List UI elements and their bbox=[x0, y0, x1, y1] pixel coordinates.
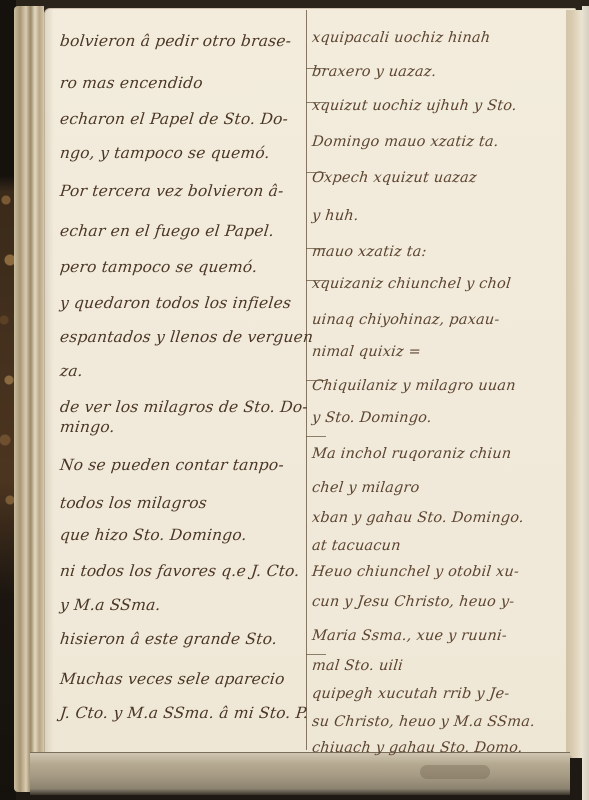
mayan-text-line: y Sto. Domingo. bbox=[311, 410, 432, 426]
mayan-text-line: Chiquilaniz y milagro uuan bbox=[311, 378, 516, 394]
mayan-text-line: y huh. bbox=[311, 208, 359, 224]
spanish-text-line: bolvieron â pedir otro brase- bbox=[59, 32, 292, 50]
mayan-text-line: Domingo mauo xzatiz ta. bbox=[311, 134, 499, 150]
spanish-text-line: todos los milagros bbox=[59, 494, 208, 512]
spanish-text-line: No se pueden contar tanpo- bbox=[59, 456, 285, 474]
mayan-text-line: quipegh xucutah rrib y Je- bbox=[311, 686, 510, 702]
mayan-text-line: mauo xzatiz ta: bbox=[311, 244, 427, 260]
spanish-text-line: za. bbox=[59, 362, 84, 380]
mayan-text-line: xquizaniz chiunchel y chol bbox=[311, 276, 512, 292]
spanish-text-line: y quedaron todos los infieles bbox=[59, 294, 292, 312]
spanish-text-line: J. Cto. y M.a SSma. â mi Sto. P. bbox=[59, 704, 309, 722]
mayan-text-line: Ma inchol ruqoraniz chiun bbox=[311, 446, 512, 462]
spanish-text-line: Muchas veces sele aparecio bbox=[59, 670, 286, 688]
mayan-text-line: chiuach y gahau Sto. Domo. bbox=[311, 740, 523, 756]
spanish-text-line: ni todos los favores q.e J. Cto. bbox=[59, 562, 300, 580]
manuscript-scan: bolvieron â pedir otro brase-ro mas ence… bbox=[0, 0, 589, 800]
mayan-text-line: chel y milagro bbox=[311, 480, 420, 496]
spanish-text-line: hisieron â este grande Sto. bbox=[59, 630, 278, 648]
page-right-edge bbox=[566, 10, 582, 758]
spanish-text-line: echaron el Papel de Sto. Do- bbox=[59, 110, 289, 128]
spanish-text-line: echar en el fuego el Papel. bbox=[59, 222, 275, 240]
mayan-text-line: at tacuacun bbox=[311, 538, 401, 554]
spanish-text-line: ngo, y tampoco se quemó. bbox=[59, 144, 271, 162]
bottom-page-edge bbox=[30, 752, 570, 795]
mayan-text-line: nimal quixiz = bbox=[311, 344, 422, 360]
mayan-text-line: Maria Ssma., xue y ruuni- bbox=[311, 628, 508, 644]
ink-smudge bbox=[420, 765, 490, 779]
mayan-text-line: xquipacali uochiz hinah bbox=[311, 30, 491, 46]
spanish-text-line: que hizo Sto. Domingo. bbox=[59, 526, 248, 544]
mayan-text-line: braxero y uazaz. bbox=[311, 64, 437, 80]
mayan-text-line: Heuo chiunchel y otobil xu- bbox=[311, 564, 520, 580]
spanish-text-line: Por tercera vez bolvieron â- bbox=[59, 182, 284, 200]
mayan-text-line: Oxpech xquizut uazaz bbox=[311, 170, 477, 186]
divider-bracket-mark bbox=[306, 436, 326, 437]
spanish-text-line: ro mas encendido bbox=[59, 74, 204, 92]
spanish-text-line: de ver los milagros de Sto. Do- bbox=[59, 398, 309, 416]
spanish-text-line: mingo. bbox=[59, 418, 116, 436]
divider-bracket-mark bbox=[306, 654, 326, 655]
right-page-strip bbox=[582, 6, 589, 800]
page-stack-left-edge bbox=[14, 6, 44, 792]
mayan-text-line: uinaq chiyohinaz, paxau- bbox=[311, 312, 500, 328]
mayan-text-line: mal Sto. uili bbox=[311, 658, 404, 674]
spanish-text-line: espantados y llenos de verguen bbox=[59, 328, 314, 346]
mayan-text-line: xquizut uochiz ujhuh y Sto. bbox=[311, 98, 517, 114]
mayan-text-line: su Christo, heuo y M.a SSma. bbox=[311, 714, 536, 730]
mayan-text-line: xban y gahau Sto. Domingo. bbox=[311, 510, 524, 526]
spanish-text-line: pero tampoco se quemó. bbox=[59, 258, 258, 276]
mayan-text-line: cun y Jesu Christo, heuo y- bbox=[311, 594, 515, 610]
spanish-text-line: y M.a SSma. bbox=[59, 596, 162, 614]
